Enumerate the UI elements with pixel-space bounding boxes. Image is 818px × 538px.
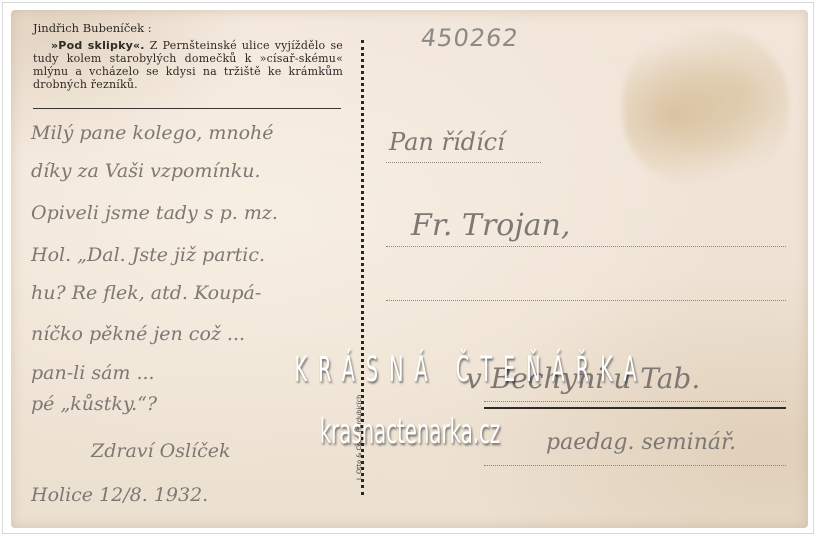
message-line: pan-li sám ... <box>31 362 155 384</box>
message-line: díky za Vaši vzpomínku. <box>31 160 261 182</box>
archive-number: 450262 <box>419 24 521 52</box>
message-line: níčko pěkné jen což ... <box>31 323 245 345</box>
address-dotted-line <box>386 246 786 247</box>
watermark-title: KRÁSNÁ ČTEŇÁŘKA <box>295 350 526 390</box>
printed-excerpt: »Pod sklipky«. Z Pernšteinské ulice vyjí… <box>33 39 343 91</box>
printed-rule <box>33 108 341 109</box>
printed-title: »Pod sklipky«. <box>51 39 145 52</box>
stain <box>623 30 788 185</box>
message-line: Milý pane kolego, mnohé <box>31 122 274 144</box>
printed-text-block: Jindřich Bubeníček : »Pod sklipky«. Z Pe… <box>33 22 343 91</box>
message-signature: Zdraví Oslíček <box>91 440 231 462</box>
address-line: Fr. Trojan, <box>411 208 570 243</box>
message-line: hu? Re flek, atd. Koupá- <box>31 282 261 304</box>
address-dotted-line <box>484 465 786 466</box>
address-line: paedag. seminář. <box>546 430 736 455</box>
message-line: pé „kůstky.“? <box>31 393 157 415</box>
message-date: Holice 12/8. 1932. <box>31 484 208 506</box>
address-line: Pan řídící <box>389 128 505 156</box>
address-solid-line <box>484 407 786 409</box>
address-dotted-line <box>484 401 786 402</box>
printed-author: Jindřich Bubeníček : <box>33 22 343 35</box>
watermark-url: krasnactenarka.cz <box>317 412 503 452</box>
message-line: Hol. „Dal. Jste již partic. <box>31 244 265 266</box>
address-dotted-line <box>386 162 541 163</box>
address-dotted-line <box>386 300 786 301</box>
message-line: Opiveli jsme tady s p. mz. <box>31 202 278 224</box>
